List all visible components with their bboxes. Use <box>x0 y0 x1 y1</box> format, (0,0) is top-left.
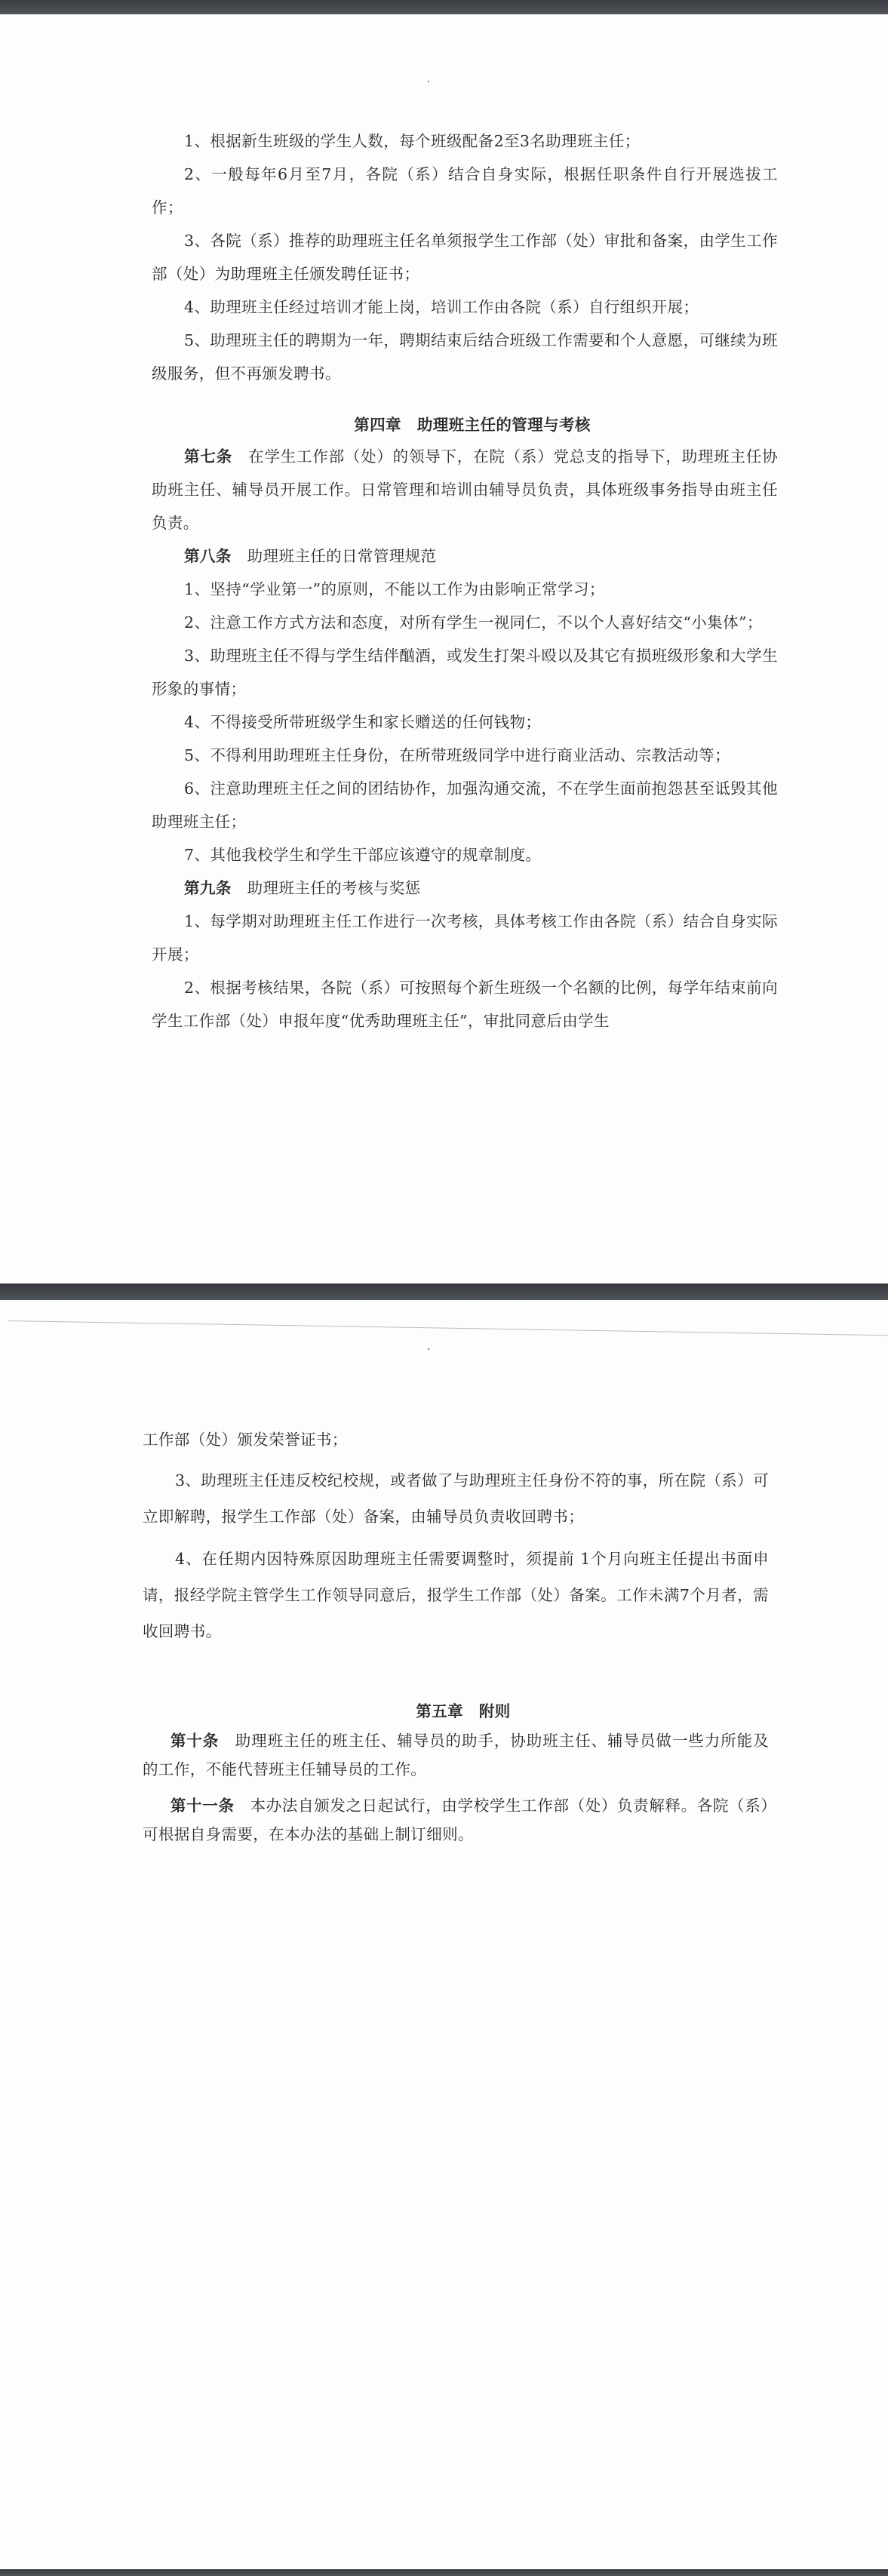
spacer <box>143 1649 769 1696</box>
list-item: 2、注意工作方式方法和态度，对所有学生一视同仁，不以个人喜好结交“小集体”； <box>152 606 778 639</box>
list-item: 1、每学期对助理班主任工作进行一次考核，具体考核工作由各院（系）结合自身实际开展… <box>152 905 778 971</box>
article-text: 在学生工作部（处）的领导下，在院（系）党总支的指导下，助理班主任协助班主任、辅导… <box>152 447 778 532</box>
list-item: 1、坚持“学业第一”的原则，不能以工作为由影响正常学习； <box>152 573 778 606</box>
viewer-bottom-bar <box>0 2569 888 2576</box>
page-separator <box>0 1283 888 1300</box>
article-text: 助理班主任的日常管理规范 <box>247 547 437 565</box>
article-label: 第十一条 <box>171 1797 235 1815</box>
spacer <box>143 1784 769 1791</box>
spacer <box>152 390 778 410</box>
scan-speck <box>428 1348 429 1350</box>
article-text: 本办法自颁发之日起试行，由学校学生工作部（处）负责解释。各院（系）可根据自身需要… <box>143 1797 769 1843</box>
article-label: 第九条 <box>184 879 232 897</box>
list-item: 4、不得接受所带班级学生和家长赠送的任何钱物； <box>152 705 778 739</box>
list-item: 4、在任期内因特殊原因助理班主任需要调整时，须提前 1个月向班主任提出书面申请，… <box>143 1541 769 1649</box>
list-item: 3、助理班主任违反校纪校规，或者做了与助理班主任身份不符的事，所在院（系）可立即… <box>143 1462 769 1535</box>
viewer-top-bar <box>0 0 888 14</box>
spacer <box>143 1456 769 1462</box>
list-item: 1、根据新生班级的学生人数，每个班级配备2至3名助理班主任； <box>152 124 778 158</box>
article-text: 助理班主任的班主任、辅导员的助手，协助班主任、辅导员做一些力所能及的工作，不能代… <box>143 1732 769 1778</box>
article-paragraph: 第七条 在学生工作部（处）的领导下，在院（系）党总支的指导下，助理班主任协助班主… <box>152 440 778 539</box>
list-item: 4、助理班主任经过培训才能上岗，培训工作由各院（系）自行组织开展； <box>152 290 778 324</box>
chapter-heading: 第五章 附则 <box>143 1696 769 1726</box>
list-item: 3、各院（系）推荐的助理班主任名单须报学生工作部（处）审批和备案，由学生工作部（… <box>152 224 778 290</box>
page-1-text: 1、根据新生班级的学生人数，每个班级配备2至3名助理班主任； 2、一般每年6月至… <box>152 124 778 1037</box>
list-item: 2、一般每年6月至7月，各院（系）结合自身实际，根据任职条件自行开展选拔工作； <box>152 158 778 224</box>
spacer <box>143 1535 769 1541</box>
document-page-2: 工作部（处）颁发荣誉证书； 3、助理班主任违反校纪校规，或者做了与助理班主任身份… <box>0 1300 888 2569</box>
scan-edge-line <box>8 1320 888 1336</box>
page-2-text: 工作部（处）颁发荣誉证书； 3、助理班主任违反校纪校规，或者做了与助理班主任身份… <box>143 1423 769 1849</box>
list-item: 5、不得利用助理班主任身份，在所带班级同学中进行商业活动、宗教活动等； <box>152 739 778 772</box>
article-paragraph: 第十条 助理班主任的班主任、辅导员的助手，协助班主任、辅导员做一些力所能及的工作… <box>143 1726 769 1784</box>
list-item: 2、根据考核结果，各院（系）可按照每个新生班级一个名额的比例，每学年结束前向学生… <box>152 971 778 1037</box>
article-paragraph: 第八条 助理班主任的日常管理规范 <box>152 539 778 573</box>
continuation-text: 工作部（处）颁发荣誉证书； <box>143 1423 769 1456</box>
list-item: 6、注意助理班主任之间的团结协作，加强沟通交流，不在学生面前抱怨甚至诋毁其他助理… <box>152 772 778 838</box>
chapter-heading: 第四章 助理班主任的管理与考核 <box>152 410 778 440</box>
article-label: 第八条 <box>184 547 232 565</box>
article-label: 第十条 <box>171 1732 219 1750</box>
article-text: 助理班主任的考核与奖惩 <box>247 879 421 897</box>
list-item: 3、助理班主任不得与学生结伴酗酒，或发生打架斗殴以及其它有损班级形象和大学生形象… <box>152 639 778 705</box>
article-paragraph: 第十一条 本办法自颁发之日起试行，由学校学生工作部（处）负责解释。各院（系）可根… <box>143 1791 769 1849</box>
list-item: 7、其他我校学生和学生干部应该遵守的规章制度。 <box>152 838 778 871</box>
article-paragraph: 第九条 助理班主任的考核与奖惩 <box>152 871 778 905</box>
scan-speck <box>428 81 429 82</box>
article-label: 第七条 <box>184 447 232 466</box>
document-page-1: 1、根据新生班级的学生人数，每个班级配备2至3名助理班主任； 2、一般每年6月至… <box>0 14 888 1283</box>
list-item: 5、助理班主任的聘期为一年，聘期结束后结合班级工作需要和个人意愿，可继续为班级服… <box>152 324 778 390</box>
